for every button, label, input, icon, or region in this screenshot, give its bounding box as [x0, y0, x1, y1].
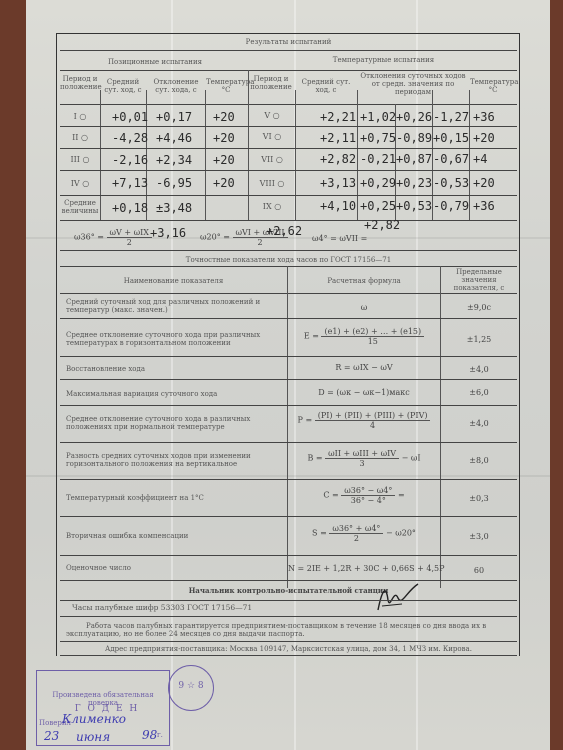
divider: [60, 195, 517, 196]
w36-den: 2: [107, 238, 152, 247]
divider: [60, 220, 517, 221]
w20-den: 2: [233, 238, 288, 247]
divider: [60, 104, 517, 105]
divider: [60, 356, 517, 357]
w36-value: +3,16: [150, 226, 186, 240]
col-temp-t: Температура °С: [470, 78, 516, 94]
w20-label: ω20° =: [200, 233, 230, 242]
signature-icon: [372, 580, 422, 616]
col-deviation: Отклонение сут. хода, с: [148, 78, 204, 94]
w36-label: ω36° =: [74, 233, 104, 242]
divider: [60, 641, 517, 642]
divider: [60, 126, 517, 127]
divider: [60, 442, 517, 443]
divider: [60, 616, 517, 617]
round-stamp-text: 9 ☆ 8: [169, 681, 213, 691]
divider: [60, 516, 517, 517]
divider: [60, 50, 517, 51]
stamp-year-suffix: г.: [157, 731, 163, 739]
divider: [60, 405, 517, 406]
w20-value: +2,62: [266, 224, 302, 238]
divider: [60, 379, 517, 380]
divider: [60, 655, 517, 656]
col-deviations-t: Отклонения суточных ходов от средн. знач…: [358, 72, 468, 96]
col-mean-t: Средний сут. ход, с: [296, 78, 356, 94]
divider: [60, 318, 517, 319]
chief-label: Начальник контрольно-испытательной станц…: [60, 587, 517, 595]
stamp-day: 23: [44, 729, 59, 743]
w4-value: +2,82: [364, 218, 400, 232]
col-period-t: Период и положение: [250, 75, 292, 91]
supplier-address: Адрес предприятия-поставщика: Москва 109…: [60, 645, 517, 653]
divider: [60, 555, 517, 556]
verifier-signature: Клименко: [62, 712, 126, 726]
positional-title: Позиционные испытания: [60, 58, 250, 66]
col-temp: Температура °С: [206, 78, 246, 94]
divider: [60, 479, 517, 480]
col-formula: Расчетная формула: [288, 277, 440, 285]
col-indicator-name: Наименование показателя: [60, 277, 287, 285]
divider: [60, 580, 517, 581]
divider: [60, 148, 517, 149]
stamp-year: 98: [142, 728, 157, 742]
watch-model: Часы палубные шифр 53303 ГОСТ 17156—71: [72, 604, 372, 612]
divider: [60, 293, 517, 294]
round-stamp: 9 ☆ 8: [168, 665, 214, 711]
w36-num: ωV + ωIX: [107, 228, 152, 238]
col-limit: Предельные значения показателя, с: [441, 268, 517, 292]
accuracy-title: Точностные показатели хода часов по ГОСТ…: [60, 256, 517, 264]
stamp-month: июня: [76, 730, 110, 744]
divider: [60, 600, 517, 601]
warranty-text: Работа часов палубных гарантируется пред…: [66, 622, 512, 638]
temperature-title: Температурные испытания: [250, 56, 517, 64]
col-mean: Средний сут. ход, с: [102, 78, 144, 94]
col-period: Период и положение: [60, 75, 100, 91]
divider: [60, 266, 517, 267]
results-title: Результаты испытаний: [60, 38, 517, 46]
divider: [60, 250, 517, 251]
w4-label: ω4° = ωVII =: [312, 234, 367, 243]
divider: [60, 70, 517, 71]
divider: [60, 170, 517, 171]
